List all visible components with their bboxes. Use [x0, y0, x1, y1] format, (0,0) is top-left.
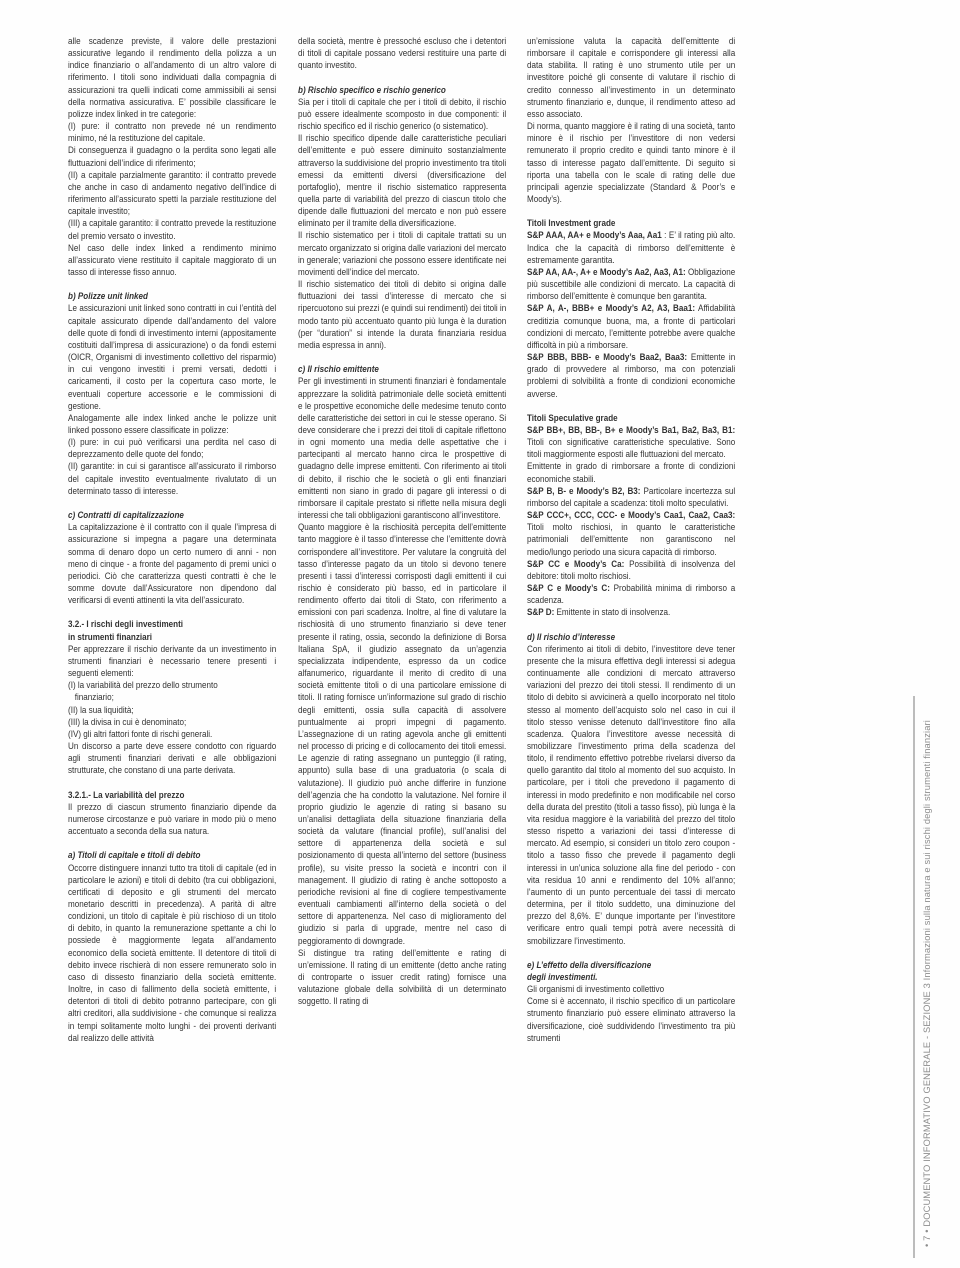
page-footer-vertical: • 7 • DOCUMENTO INFORMATIVO GENERALE - S…: [922, 699, 937, 1247]
paragraph: un’emissione valuta la capacità dell’emi…: [527, 36, 735, 206]
rating-description: Emittente in stato di insolvenza.: [554, 607, 670, 618]
paragraph: La capitalizzazione è il contratto con i…: [68, 522, 276, 607]
rating-entry: S&P CCC+, CCC, CCC- e Moody’s Caa1, Caa2…: [527, 510, 735, 559]
rating-entry: S&P AAA, AA+ e Moody’s Aaa, Aa1 : E’ il …: [527, 230, 735, 266]
rating-code: S&P BB+, BB, BB-, B+ e Moody’s Ba1, Ba2,…: [527, 425, 735, 436]
section-heading: c) Contratti di capitalizzazione: [68, 510, 276, 522]
section-heading: 3.2.- I rischi degli investimenti in str…: [68, 619, 276, 643]
paragraph: della società, mentre è pressoché esclus…: [298, 36, 506, 72]
paragraph: Il prezzo di ciascun strumento finanziar…: [68, 802, 276, 838]
rating-entry: S&P C e Moody’s C: Probabilità minima di…: [527, 583, 735, 607]
document-page: alle scadenze previste, il valore delle …: [0, 0, 960, 1268]
rating-entry: S&P A, A-, BBB+ e Moody’s A2, A3, Baa1: …: [527, 303, 735, 352]
paragraph: alle scadenze previste, il valore delle …: [68, 36, 276, 279]
rating-code: S&P D:: [527, 607, 554, 618]
rating-code: S&P BBB, BBB- e Moody’s Baa2, Baa3:: [527, 352, 687, 363]
paragraph: Occorre distinguere innanzi tutto tra ti…: [68, 863, 276, 1045]
rating-entry: S&P BBB, BBB- e Moody’s Baa2, Baa3: Emit…: [527, 352, 735, 401]
rating-code: S&P B, B- e Moody’s B2, B3:: [527, 486, 640, 497]
section-heading: a) Titoli di capitale e titoli di debito: [68, 850, 276, 862]
section-heading: c) Il rischio emittente: [298, 364, 506, 376]
text-column-3: un’emissione valuta la capacità dell’emi…: [527, 36, 735, 1045]
paragraph: Le assicurazioni unit linked sono contra…: [68, 303, 276, 498]
rating-code: S&P AAA, AA+ e Moody’s Aaa, Aa1: [527, 230, 662, 241]
rating-entry: S&P B, B- e Moody’s B2, B3: Particolare …: [527, 486, 735, 510]
paragraph: Per apprezzare il rischio derivante da u…: [68, 644, 276, 778]
rating-description: Titoli con significative caratteristiche…: [527, 437, 735, 484]
section-heading: b) Rischio specifico e rischio generico: [298, 85, 506, 97]
paragraph: Con riferimento ai titoli di debito, l’i…: [527, 644, 735, 948]
paragraph: Gli organismi di investimento collettivo…: [527, 984, 735, 1045]
text-column-2: della società, mentre è pressoché esclus…: [298, 36, 506, 1008]
rating-entry: S&P CC e Moody’s Ca: Possibilità di inso…: [527, 559, 735, 583]
paragraph: Per gli investimenti in strumenti finanz…: [298, 376, 506, 1008]
rating-code: S&P CC e Moody’s Ca:: [527, 559, 624, 570]
rating-entry: S&P AA, AA-, A+ e Moody’s Aa2, Aa3, A1: …: [527, 267, 735, 303]
rating-code: S&P A, A-, BBB+ e Moody’s A2, A3, Baa1:: [527, 303, 695, 314]
rating-code: S&P CCC+, CCC, CCC- e Moody’s Caa1, Caa2…: [527, 510, 735, 521]
text-column-1: alle scadenze previste, il valore delle …: [68, 36, 276, 1045]
section-heading: b) Polizze unit linked: [68, 291, 276, 303]
section-heading: e) L’effetto della diversificazione degl…: [527, 960, 735, 984]
paragraph: Sia per i titoli di capitale che per i t…: [298, 97, 506, 352]
rating-description: Titoli molto rischiosi, in quanto le car…: [527, 522, 735, 557]
section-heading: 3.2.1.- La variabilità del prezzo: [68, 790, 276, 802]
section-heading: Titoli Speculative grade: [527, 413, 735, 425]
sidebar-rule: [913, 696, 915, 1258]
section-heading: Titoli Investment grade: [527, 218, 735, 230]
rating-code: S&P AA, AA-, A+ e Moody’s Aa2, Aa3, A1:: [527, 267, 686, 278]
rating-code: S&P C e Moody’s C:: [527, 583, 610, 594]
rating-entry: S&P D: Emittente in stato di insolvenza.: [527, 607, 735, 619]
rating-entry: S&P BB+, BB, BB-, B+ e Moody’s Ba1, Ba2,…: [527, 425, 735, 486]
section-heading: d) Il rischio d’interesse: [527, 632, 735, 644]
